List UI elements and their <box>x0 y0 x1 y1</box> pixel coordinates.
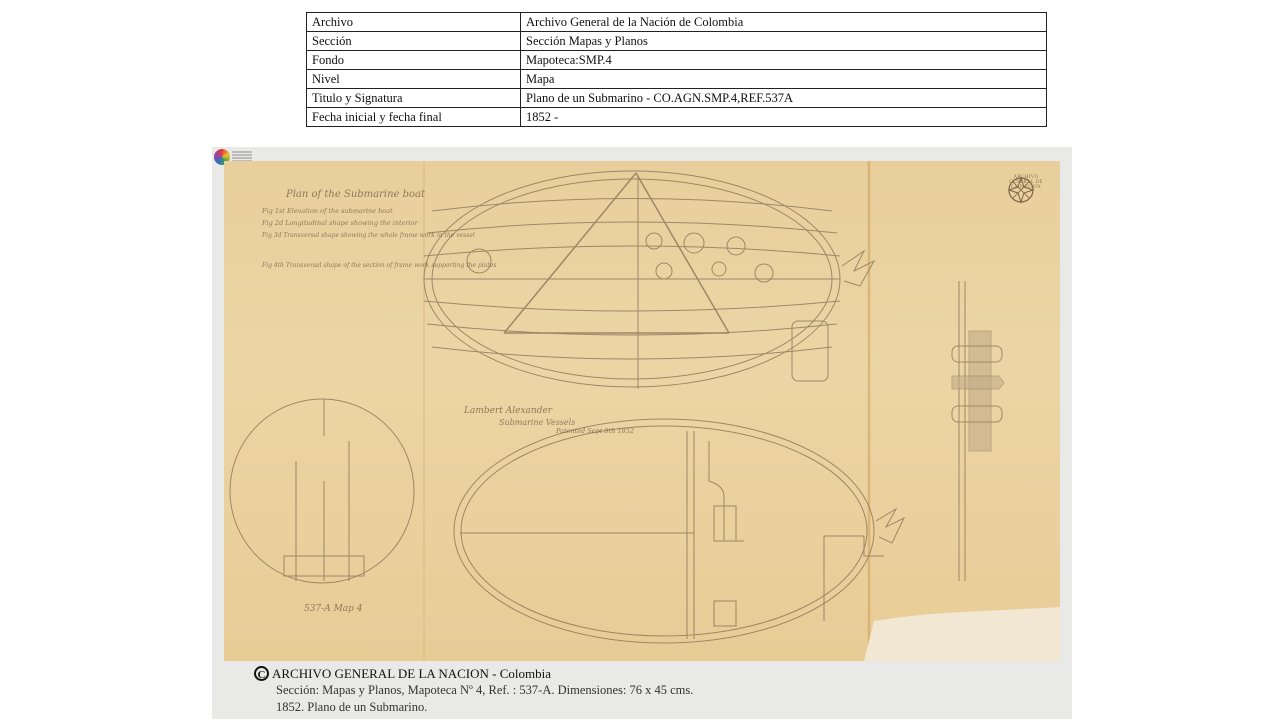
caption-line-2: Sección: Mapas y Planos, Mapoteca Nº 4, … <box>256 682 693 699</box>
row-label: Fecha inicial y fecha final <box>307 108 521 127</box>
caption-line-3: 1852. Plano de un Submarino. <box>256 699 693 716</box>
row-label: Fondo <box>307 51 521 70</box>
row-value: Plano de un Submarino - CO.AGN.SMP.4,REF… <box>521 89 1047 108</box>
row-label: Nivel <box>307 70 521 89</box>
svg-text:Plan of the Submarine boat: Plan of the Submarine boat <box>285 189 426 200</box>
svg-text:Submarine Vessels: Submarine Vessels <box>499 418 575 427</box>
row-value: Mapa <box>521 70 1047 89</box>
row-value: Sección Mapas y Planos <box>521 32 1047 51</box>
table-row: SecciónSección Mapas y Planos <box>307 32 1047 51</box>
row-value: 1852 - <box>521 108 1047 127</box>
image-caption: C ARCHIVO GENERAL DE LA NACION - Colombi… <box>256 665 693 716</box>
table-row: FondoMapoteca:SMP.4 <box>307 51 1047 70</box>
seal-label <box>232 151 252 161</box>
row-label: Sección <box>307 32 521 51</box>
caption-archive-name: ARCHIVO GENERAL DE LA NACION - Colombia <box>272 665 551 682</box>
svg-text:537-A Map 4: 537-A Map 4 <box>304 604 363 614</box>
archive-emblem: ARCHIVO GENERAL DE LA NACION <box>1006 175 1046 190</box>
svg-text:Fig 1st Elevation of the subma: Fig 1st Elevation of the submarine boat <box>261 207 393 215</box>
star-emblem-icon <box>1006 175 1036 205</box>
submarine-plan-drawing: Plan of the Submarine boat Fig 1st Eleva… <box>224 161 1060 661</box>
table-row: NivelMapa <box>307 70 1047 89</box>
map-plate: Plan of the Submarine boat Fig 1st Eleva… <box>212 147 1072 719</box>
metadata-table: ArchivoArchivo General de la Nación de C… <box>306 12 1047 127</box>
svg-text:Fig 3d Transversal shape showi: Fig 3d Transversal shape showing the who… <box>261 232 475 239</box>
table-row: Fecha inicial y fecha final1852 - <box>307 108 1047 127</box>
copyright-icon: C <box>254 666 269 681</box>
table-row: ArchivoArchivo General de la Nación de C… <box>307 13 1047 32</box>
caption-line-1: C ARCHIVO GENERAL DE LA NACION - Colombi… <box>256 665 693 682</box>
row-value: Archivo General de la Nación de Colombia <box>521 13 1047 32</box>
svg-text:Fig 2d Longitudinal shape show: Fig 2d Longitudinal shape showing the in… <box>261 219 419 227</box>
svg-text:Lambert Alexander: Lambert Alexander <box>463 406 553 416</box>
svg-text:Patented Sept 8th 1852: Patented Sept 8th 1852 <box>555 427 634 435</box>
row-value: Mapoteca:SMP.4 <box>521 51 1047 70</box>
svg-text:Fig 4th Transversal shape of t: Fig 4th Transversal shape of the section… <box>261 262 496 269</box>
row-label: Archivo <box>307 13 521 32</box>
drawing-svg: Plan of the Submarine boat Fig 1st Eleva… <box>224 161 1060 661</box>
row-label: Titulo y Signatura <box>307 89 521 108</box>
table-row: Titulo y SignaturaPlano de un Submarino … <box>307 89 1047 108</box>
